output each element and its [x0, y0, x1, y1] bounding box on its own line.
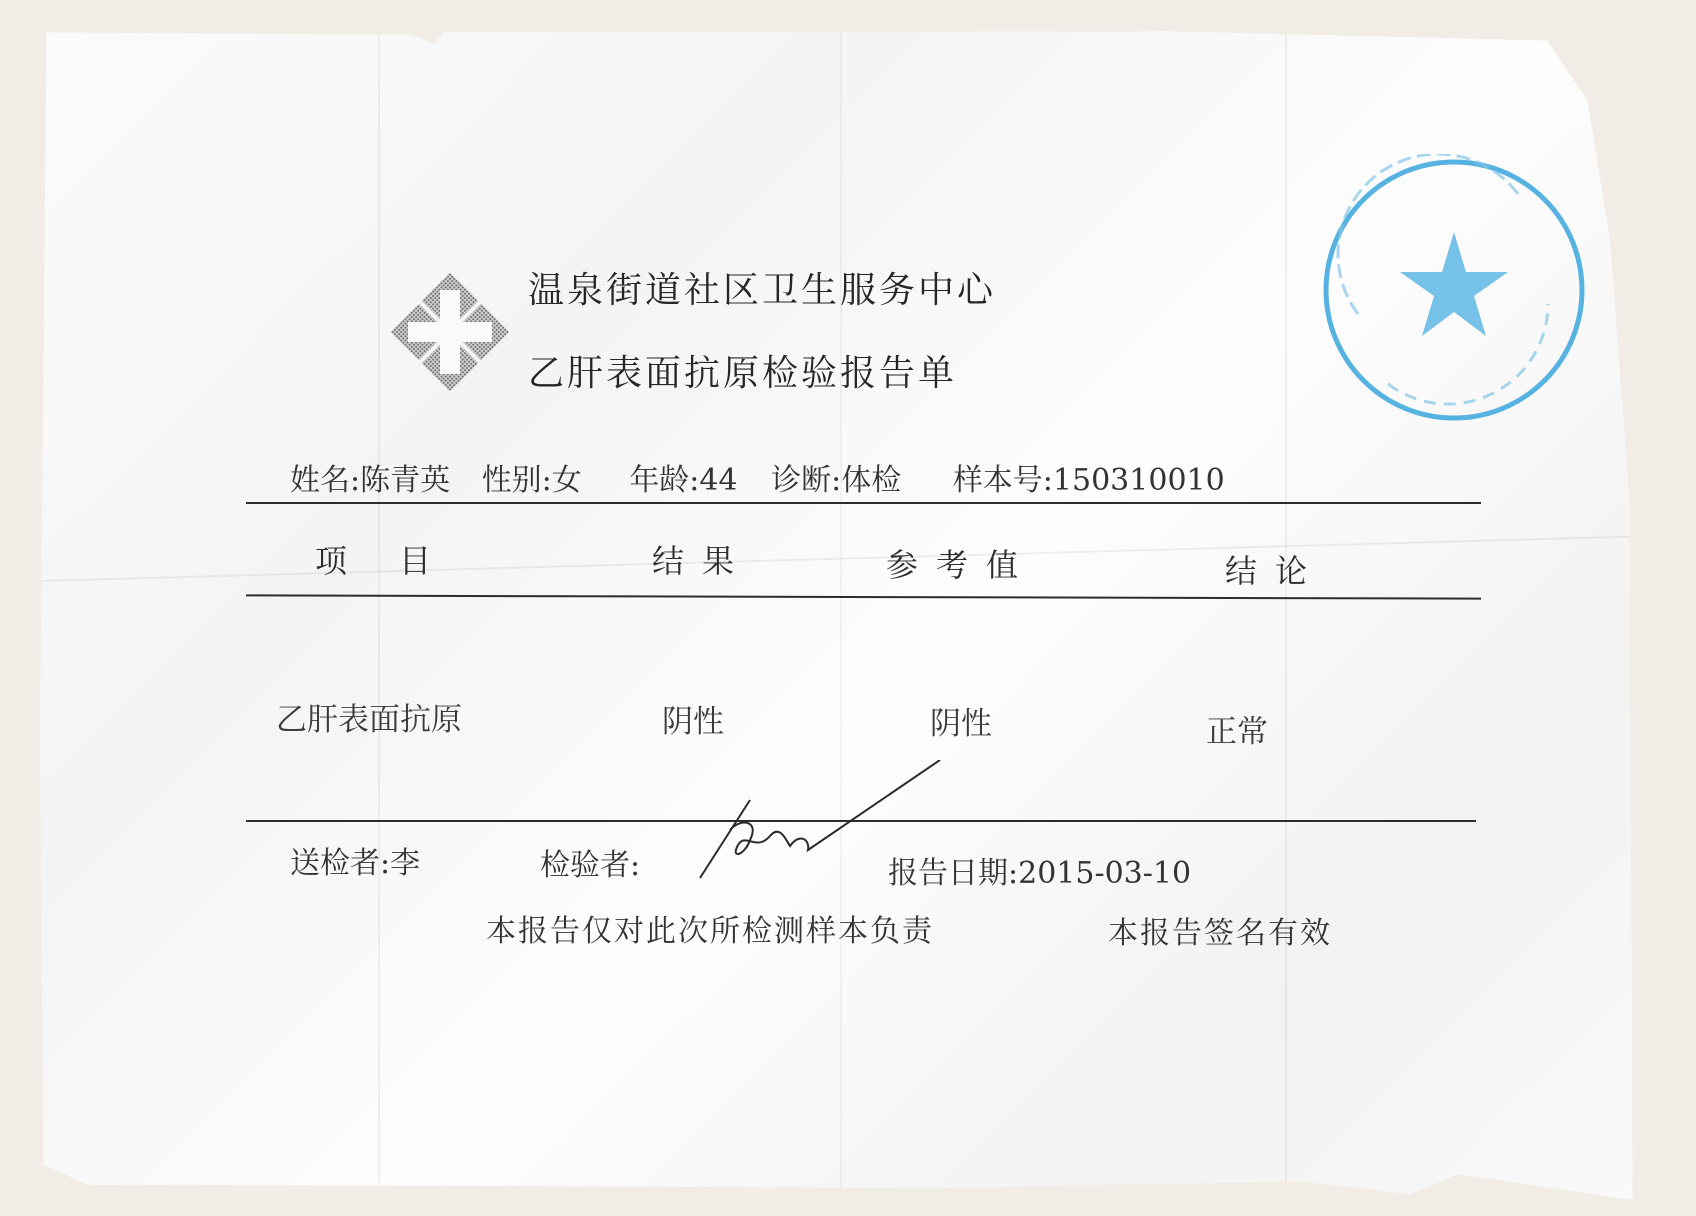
- paper-crease: [1285, 30, 1287, 1200]
- sample-label: 样本号:: [953, 455, 1053, 499]
- report-date: 报告日期:2015-03-10: [888, 848, 1191, 892]
- report-date-label: 报告日期:: [888, 856, 1018, 891]
- patient-age: 44: [699, 463, 737, 498]
- header-conclusion: 结论: [1225, 546, 1325, 592]
- cell-item: 乙肝表面抗原: [276, 694, 462, 739]
- report-title: 乙肝表面抗原检验报告单: [528, 345, 957, 396]
- paper-crease: [840, 30, 842, 1200]
- sample-number: 150310010: [1053, 463, 1225, 498]
- rule-top: [246, 502, 1481, 504]
- examiner-label: 检验者:: [540, 840, 640, 884]
- header-item: 项目: [315, 536, 483, 582]
- paper-crease: [378, 30, 380, 1200]
- submitter-label: 送检者:: [290, 846, 390, 881]
- signature-validity-note: 本报告签名有效: [1108, 908, 1332, 952]
- cell-reference: 阴性: [930, 698, 992, 743]
- submitter: 送检者:李: [290, 838, 420, 882]
- official-stamp: [1318, 154, 1590, 426]
- disclaimer-note: 本报告仅对此次所检测样本负责: [486, 906, 934, 950]
- submitter-name: 李: [390, 846, 420, 881]
- patient-name: 陈青英: [360, 455, 450, 499]
- medical-cross-logo-icon: [390, 272, 510, 392]
- patient-sex: 女: [552, 455, 582, 499]
- report-date-value: 2015-03-10: [1018, 856, 1191, 891]
- institution-name: 温泉街道社区卫生服务中心: [528, 262, 996, 313]
- header-result: 结果: [652, 536, 752, 582]
- sex-label: 性别:: [482, 455, 552, 499]
- cell-conclusion: 正常: [1206, 706, 1268, 751]
- name-label: 姓名:: [290, 455, 360, 499]
- patient-diagnosis: 体检: [841, 455, 901, 499]
- header-reference: 参考值: [886, 540, 1036, 586]
- patient-info: 姓名:陈青英 性别:女 年龄:44 诊断:体检 样本号:150310010: [290, 455, 1225, 499]
- cell-result: 阴性: [662, 696, 724, 741]
- star-icon: [1400, 232, 1508, 336]
- paper-crease: [40, 535, 1651, 582]
- age-label: 年龄:: [629, 455, 699, 499]
- diagnosis-label: 诊断:: [771, 455, 841, 499]
